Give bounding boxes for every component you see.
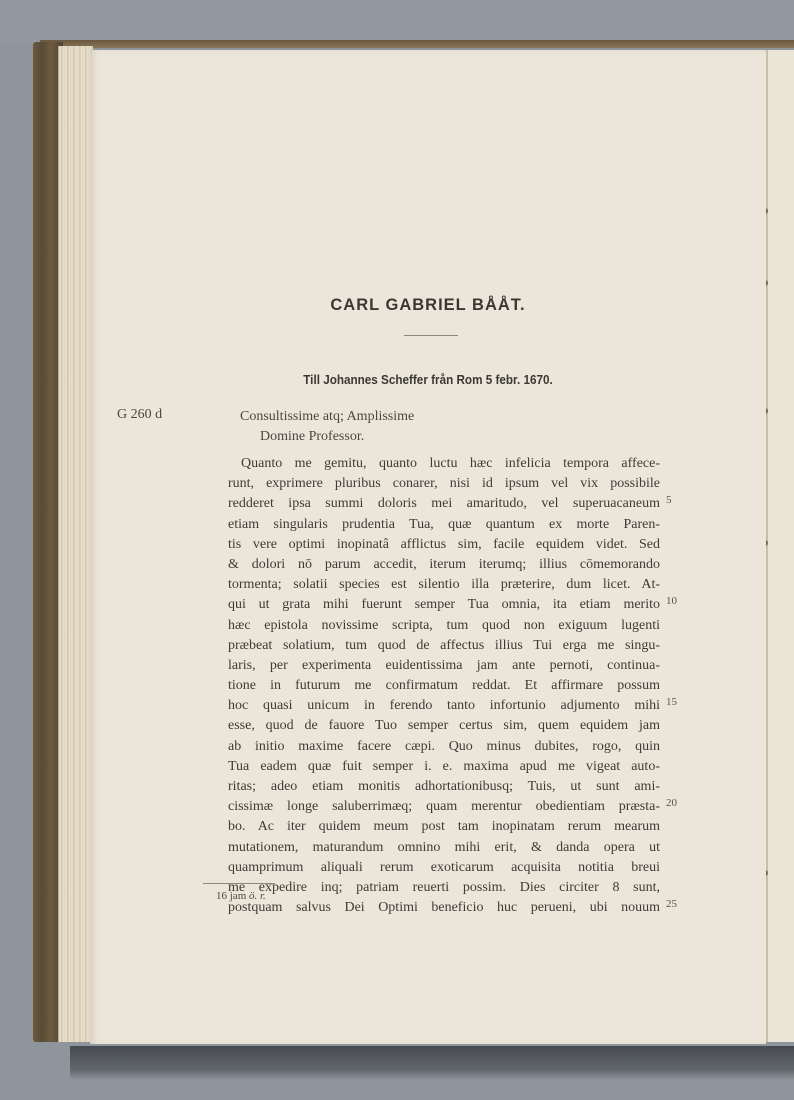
- letter-heading: Till Johannes Scheffer från Rom 5 febr. …: [124, 372, 732, 387]
- next-page-edge: [766, 50, 794, 1042]
- backdrop: [0, 0, 794, 44]
- line-number: 15: [666, 696, 677, 708]
- text-line: Tua eadem quæ fuit semper i. e. maxima a…: [228, 757, 660, 777]
- text-line: me expedire inq; patriam reuerti possim.…: [228, 878, 660, 898]
- text-line: mutationem, maturandum omnino mihi erit,…: [228, 838, 660, 858]
- text-line: redderet ipsa summi doloris mei amaritud…: [228, 494, 660, 514]
- line-number: 5: [666, 494, 672, 506]
- text-line: esse, quod de fauore Tuo semper certus s…: [228, 716, 660, 736]
- text-line: ab initio maxime facere cæpi. Quo minus …: [228, 737, 660, 757]
- manuscript-reference: G 260 d: [117, 407, 162, 423]
- salutation-line: Domine Professor.: [240, 427, 414, 447]
- text-line: & dolori nō parum accedit, iterum iterum…: [228, 555, 660, 575]
- text-line: runt, exprimere pluribus conarer, nisi i…: [228, 474, 660, 494]
- book-cover-top-edge: [40, 40, 794, 48]
- text-line: laris, per experimenta euidentissima jam…: [228, 656, 660, 676]
- page-title: CARL GABRIEL BÅÅT.: [90, 296, 766, 315]
- text-line: hoc quasi unicum in ferendo tanto infort…: [228, 696, 660, 716]
- page-edges: [58, 46, 93, 1042]
- text-line: cissimæ longe saluberrimæq; quam merentu…: [228, 797, 660, 817]
- line-number: 20: [666, 797, 677, 809]
- text-line: hæc epistola novissime scripta, tum quod…: [228, 616, 660, 636]
- footnote-number: 16: [216, 890, 227, 902]
- text-line: tormenta; solatii species est silentio i…: [228, 575, 660, 595]
- book-shadow: [70, 1046, 794, 1080]
- title-rule: [404, 335, 458, 336]
- text-line: quamprimum aliquali rerum exoticarum acq…: [228, 858, 660, 878]
- text-line: tis vere optimi inopinatâ afflictus sim,…: [228, 535, 660, 555]
- text-line: tione in futurum me confirmatum reddat. …: [228, 676, 660, 696]
- text-line: postquam salvus Dei Optimi beneficio huc…: [228, 898, 660, 918]
- text-line: præbeat solatium, tum quod de affectus i…: [228, 636, 660, 656]
- text-line: etiam singularis prudentia Tua, quæ quan…: [228, 515, 660, 535]
- salutation-line: Consultissime atq; Amplissime: [240, 407, 414, 427]
- salutation: Consultissime atq; Amplissime Domine Pro…: [240, 407, 414, 447]
- text-line: ritas; adeo etiam monitis adhortationibu…: [228, 777, 660, 797]
- line-number: 25: [666, 898, 677, 910]
- text-line: Quanto me gemitu, quanto luctu hæc infel…: [228, 454, 660, 474]
- text-line: qui ut grata mihi fuerunt semper Tua omn…: [228, 595, 660, 615]
- footnote-text: jam: [230, 890, 247, 902]
- footnote-rule: [203, 883, 275, 884]
- line-number: 10: [666, 595, 677, 607]
- letter-body: Quanto me gemitu, quanto luctu hæc infel…: [228, 454, 660, 918]
- text-line: bo. Ac iter quidem meum post tam inopina…: [228, 817, 660, 837]
- footnote-variant: ö. r.: [249, 890, 266, 902]
- footnote: 16 jam ö. r.: [216, 890, 266, 902]
- book-page: CARL GABRIEL BÅÅT. Till Johannes Scheffe…: [90, 50, 766, 1044]
